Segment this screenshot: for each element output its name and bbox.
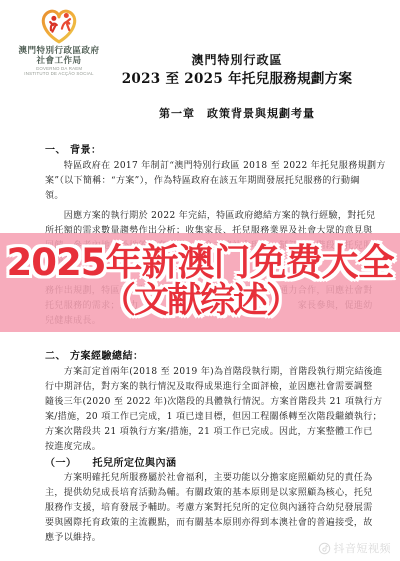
logo-org-name-pt-2: INSTITUTO DE ACÇÃO SOCIAL [8,72,110,77]
watermark-text: 抖音短视频 [334,540,392,556]
promo-overlay-text-line2: （文献综述） [0,283,400,320]
text-line: 案”（以下簡稱：“方案”），作為特區政府在該五年期間發展托兒服務的行動綱 [45,174,375,189]
subsection-heading-positioning: （一） 托兒所定位與內涵 [45,454,177,469]
text-line: 特區政府在 2017 年制訂“澳門特別行政區 2018 至 2022 年托兒服務… [45,159,375,174]
watermark: 抖音短视频 [318,540,392,556]
text-line: 服務作支援，培育發展予輔助。考慮方案對托兒所的定位與內涵符合幼兒發展需 [45,501,375,516]
music-note-logo-icon [318,542,331,555]
experience-paragraph: 方案訂定首兩年(2018 至 2019 年)為首階段執行期，首階段執行期完結後進… [45,365,375,455]
ias-logo: 澳門特別行政區政府 社會工作局 GOVERNO DA RAEM INSTITUT… [6,4,112,77]
text-line: 要與國際托育政策的主流觀點，而有關基本原則亦得到本澳社會的普遍接受，故 [45,516,375,531]
text-line: 行中期評估，對方案的執行情況及取得成果進行全面評檢，並因應社會需要調整 [45,380,375,395]
heart-figures-logo-icon [6,4,112,46]
text-line: 因應方案的執行期於 2022 年完結，特區政府總結方案的執行經驗，對托兒 [45,209,375,224]
section-heading-experience: 二、 方案經驗總結： [45,347,143,362]
promo-overlay-text-line1: 2025年新澳门免费大全 [0,244,400,282]
text-line: 隨後三年(2020 至 2022 年)次階段的具體執行情況。方案首階段共 21 … [45,395,375,410]
logo-org-name-cn-2: 社會工作局 [6,57,112,67]
document-title-line2: 2023 至 2025 年托兒服務規劃方案 [112,71,362,87]
background-paragraph-1: 特區政府在 2017 年制訂“澳門特別行政區 2018 至 2022 年托兒服務… [45,159,375,204]
text-line: 按進度完成。 [45,440,375,455]
positioning-paragraph: 方案明確托兒所服務屬於社會福利，主要功能以分擔家庭照顧幼兒的責任為主，提供幼兒成… [45,471,375,546]
chapter-heading: 第一章 政策背景與規劃考量 [112,105,362,121]
document-page: 澳門特別行政區政府 社會工作局 GOVERNO DA RAEM INSTITUT… [0,0,400,561]
text-line: 方案訂定首兩年(2018 至 2019 年)為首階段執行期，首階段執行期完結後進 [45,365,375,380]
document-title: 澳門特別行政區 2023 至 2025 年托兒服務規劃方案 [112,53,362,87]
document-title-line1: 澳門特別行政區 [112,53,362,67]
text-line: 案/措施，20 項工作已完成，1 項已達目標，但因工程關係轉至次階段繼續執行； [45,410,375,425]
text-line: 主，提供幼兒成長培育活動為輔。有關政策的基本原則是以家照顧為核心，托兒 [45,486,375,501]
text-line: 方案明確托兒所服務屬於社會福利，主要功能以分擔家庭照顧幼兒的責任為 [45,471,375,486]
text-line: 領。 [45,189,375,204]
text-line: 方案次階段共 21 項執行方案/措施，21 項工作已完成。因此，方案整體工作已 [45,425,375,440]
section-heading-background: 一、 背景： [45,141,101,156]
promo-overlay-band: 2025年新澳门免费大全 （文献综述） [0,233,400,332]
